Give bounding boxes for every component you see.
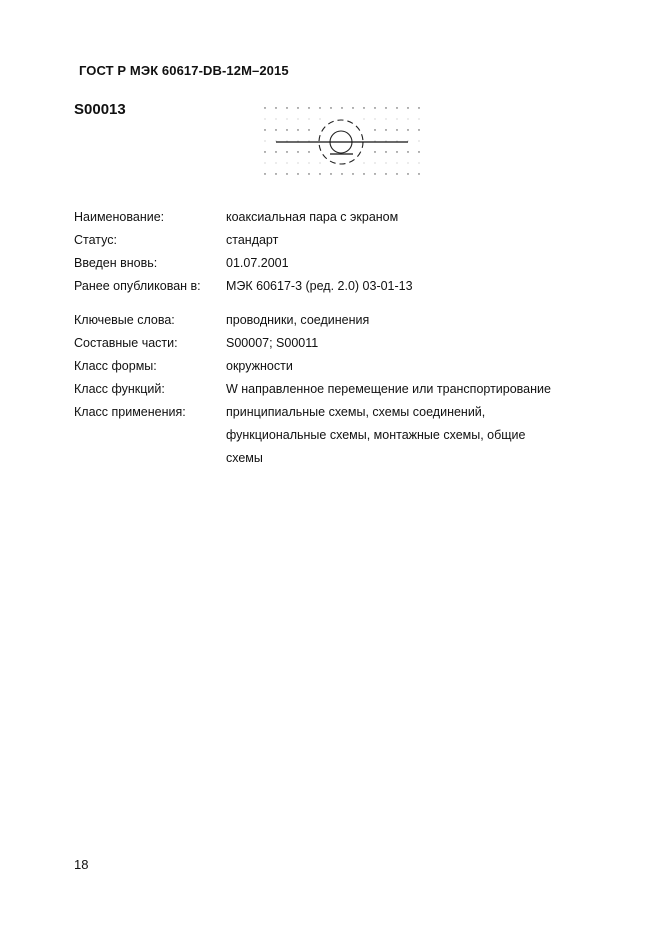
property-value: окружности — [226, 355, 586, 378]
property-value: 01.07.2001 — [226, 252, 586, 275]
property-label: Ключевые слова: — [74, 309, 226, 332]
property-label: Составные части: — [74, 332, 226, 355]
property-label: Введен вновь: — [74, 252, 226, 275]
property-value-line: 01.07.2001 — [226, 252, 586, 275]
property-label: Наименование: — [74, 206, 226, 229]
property-value-line: S00007; S00011 — [226, 332, 586, 355]
property-value: коаксиальная пара с экраном — [226, 206, 586, 229]
property-value: W направленное перемещение или транспорт… — [226, 378, 586, 401]
property-value-line: коаксиальная пара с экраном — [226, 206, 586, 229]
property-value-line: принципиальные схемы, схемы соединений, — [226, 401, 586, 424]
property-label: Ранее опубликован в: — [74, 275, 226, 298]
property-value: принципиальные схемы, схемы соединений,ф… — [226, 401, 586, 470]
properties-table: Наименование:коаксиальная пара с экраном… — [74, 206, 586, 470]
property-value: S00007; S00011 — [226, 332, 586, 355]
property-value: стандарт — [226, 229, 586, 252]
property-row: Введен вновь:01.07.2001 — [74, 252, 586, 275]
property-row: Класс функций:W направленное перемещение… — [74, 378, 586, 401]
coaxial-pair-with-screen-symbol-icon — [255, 98, 435, 186]
property-value-line: стандарт — [226, 229, 586, 252]
property-value-line: МЭК 60617-3 (ред. 2.0) 03-01-13 — [226, 275, 586, 298]
property-row: Ранее опубликован в:МЭК 60617-3 (ред. 2.… — [74, 275, 586, 298]
property-label: Статус: — [74, 229, 226, 252]
property-row: Составные части:S00007; S00011 — [74, 332, 586, 355]
dot-grid — [264, 107, 419, 174]
property-value-line: проводники, соединения — [226, 309, 586, 332]
document-header: ГОСТ Р МЭК 60617-DB-12M–2015 — [79, 63, 289, 78]
property-value: проводники, соединения — [226, 309, 586, 332]
property-row: Класс формы:окружности — [74, 355, 586, 378]
property-label: Класс формы: — [74, 355, 226, 378]
property-label: Класс применения: — [74, 401, 226, 470]
properties-group-general: Наименование:коаксиальная пара с экраном… — [74, 206, 586, 298]
property-value-line: функциональные схемы, монтажные схемы, о… — [226, 424, 586, 447]
property-value-line: W направленное перемещение или транспорт… — [226, 378, 586, 401]
symbol-id: S00013 — [74, 101, 126, 118]
property-value-line: схемы — [226, 447, 586, 470]
page-number: 18 — [74, 857, 88, 872]
property-value: МЭК 60617-3 (ред. 2.0) 03-01-13 — [226, 275, 586, 298]
group-divider-gap — [74, 298, 586, 309]
property-label: Класс функций: — [74, 378, 226, 401]
property-value-line: окружности — [226, 355, 586, 378]
property-row: Статус:стандарт — [74, 229, 586, 252]
property-row: Ключевые слова:проводники, соединения — [74, 309, 586, 332]
properties-group-classification: Ключевые слова:проводники, соединенияСос… — [74, 309, 586, 470]
property-row: Класс применения:принципиальные схемы, с… — [74, 401, 586, 470]
property-row: Наименование:коаксиальная пара с экраном — [74, 206, 586, 229]
